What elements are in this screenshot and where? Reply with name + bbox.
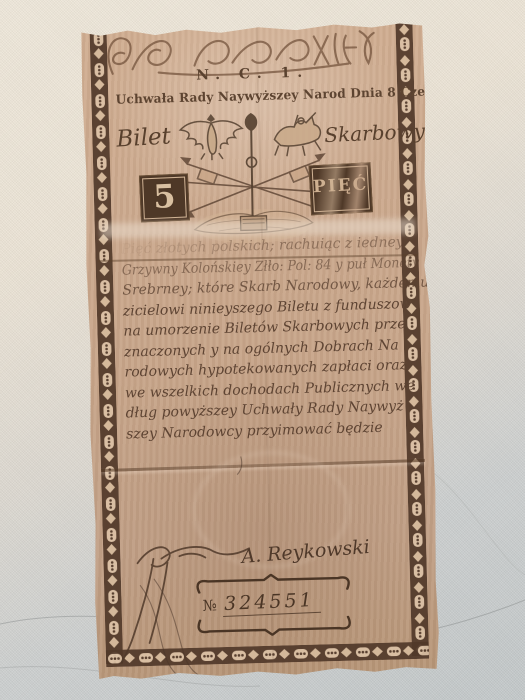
serial-prefix: № (202, 596, 217, 615)
banknote: N. C. 1. Uchwała Rady Naywyższey Narod D… (80, 22, 441, 681)
white-eagle-icon (180, 114, 243, 161)
denomination-word-box: PIĘĆ (309, 162, 374, 215)
serial-digits: 324551 (222, 589, 321, 617)
pahonia-horseman-icon (274, 112, 321, 156)
serial-bracket-bottom (195, 616, 355, 638)
denomination-numeral-box: 5 (139, 173, 190, 222)
title-skarbowy: Skarbowy (324, 119, 426, 147)
serial-number-group: № 324551 (194, 572, 356, 640)
word-box-wear-overlay (309, 162, 374, 215)
denomination-numeral: 5 (139, 176, 190, 216)
title-bilet: Bilet (116, 123, 172, 152)
decree-headline: Uchwała Rady Naywyższey Narod Dnia 8 Cze… (115, 84, 393, 106)
photo-background: N. C. 1. Uchwała Rady Naywyższey Narod D… (0, 0, 525, 700)
obligation-text: Pięć złotych polskich; rachuiąc z iedney… (121, 232, 414, 444)
